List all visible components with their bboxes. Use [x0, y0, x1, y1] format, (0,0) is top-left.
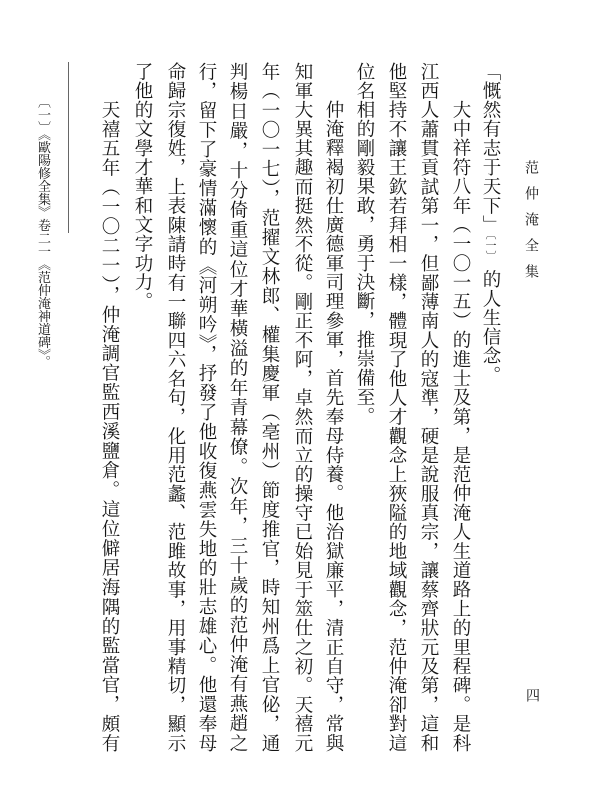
- text-column-13: 天禧五年（一〇二一），仲淹調官監西溪鹽倉。這位僻居海隅的監當官，頗有: [98, 62, 120, 752]
- page-number: 四: [523, 688, 541, 702]
- footnote-reference[interactable]: 〔一〕: [484, 234, 497, 262]
- text-column-10: 行，留下了豪情滿懷的《河朔吟》，抒發了他收復燕雲失地的壯志雄心。他還奉母: [195, 62, 217, 752]
- text-column-9: 判楊日嚴，十分倚重這位才華橫溢的年青幕僚。次年，三十歲的范仲淹有燕趙之: [226, 62, 248, 752]
- running-head: 范仲淹全集: [522, 160, 540, 290]
- text-column-3: 江西人蕭貫貢試第一，但鄙薄南人的寇準，硬是說服真宗，讓蔡齊狀元及第，這和: [417, 62, 439, 752]
- footnote-1: 〔一〕《歐陽修全集》卷二一《范仲淹神道碑》。: [34, 95, 51, 395]
- text-segment: 的人生信念。: [480, 270, 501, 385]
- text-column-7: 知軍大異其趣而挺然不從。剛正不阿，卓然而立的操守已始見于筮仕之初。天禧元: [291, 62, 313, 752]
- text-column-8: 年（一〇一七），范擢文林郎、權集慶軍（亳州）節度推官，時知州爲上官佖，通: [258, 62, 280, 752]
- text-column-1: 「慨然有志于天下」〔一〕的人生信念。: [479, 62, 501, 752]
- text-column-11: 命歸宗復姓，上表陳請時有一聯四六名句，化用范蠡、范雎故事，用事精切，顯示: [164, 62, 186, 752]
- footnote-marker: 〔一〕: [35, 95, 50, 134]
- text-column-12: 了他的文學才華和文字功力。: [131, 62, 153, 752]
- text-column-2: 大中祥符八年（一〇一五）的進士及第，是范仲淹人生道路上的里程碑。是科: [449, 62, 471, 752]
- footnote-text: 《歐陽修全集》卷二一《范仲淹神道碑》。: [35, 134, 50, 368]
- book-page: 范仲淹全集 四 「慨然有志于天下」〔一〕的人生信念。 大中祥符八年（一〇一五）的…: [0, 0, 600, 800]
- text-column-4: 他堅持不讓王欽若拜相一樣，體現了他人才觀念上狹隘的地域觀念，范仲淹卻對這: [385, 62, 407, 752]
- footnote-separator: [68, 62, 69, 233]
- text-segment: 「慨然有志于天下」: [480, 62, 501, 234]
- text-column-6: 仲淹釋褐初仕廣德軍司理參軍，首先奉母侍養。他治獄廉平，清正自守，常與: [322, 62, 344, 752]
- text-column-5: 位名相的剛毅果敢，勇于決斷，推崇備至。: [353, 62, 375, 752]
